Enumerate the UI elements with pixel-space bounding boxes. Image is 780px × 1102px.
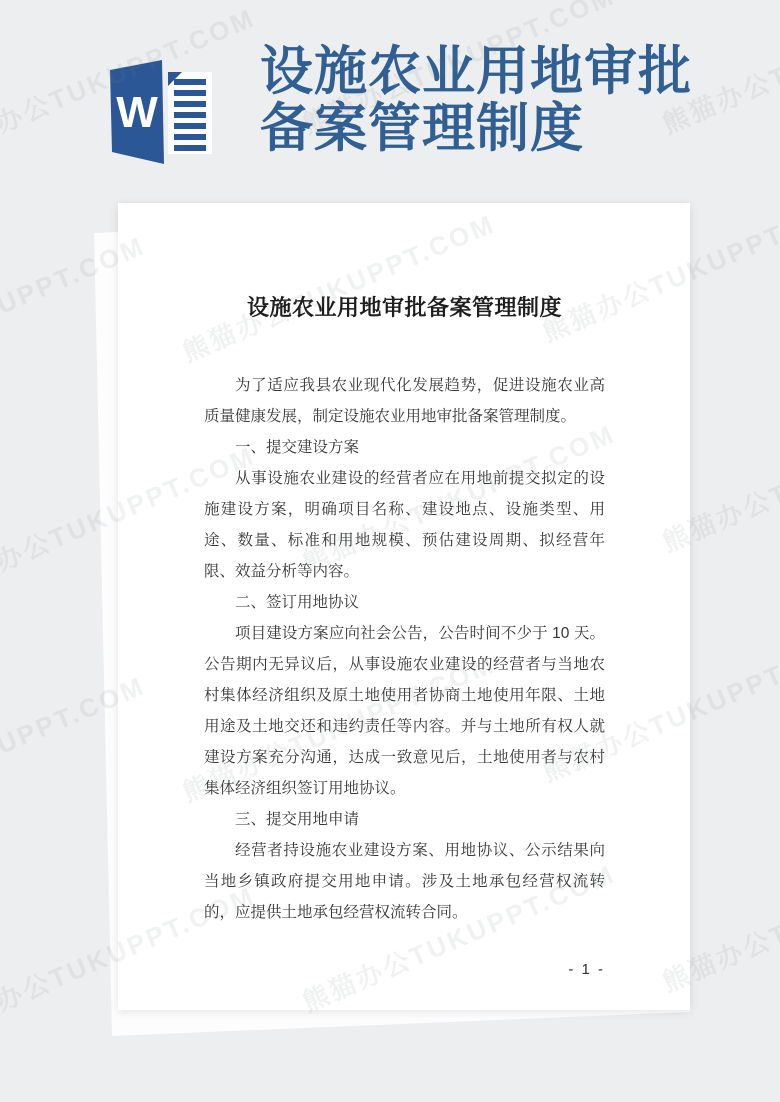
doc-body: 为了适应我县农业现代化发展趋势，促进设施农业高质量健康发展，制定设施农业用地审批… [204, 370, 605, 928]
banner-title-line1: 设施农业用地审批 [260, 44, 740, 101]
section-heading: 一、提交建设方案 [204, 432, 605, 463]
section-heading: 二、签订用地协议 [204, 587, 605, 618]
doc-paragraph: 经营者持设施农业建设方案、用地协议、公示结果向当地乡镇政府提交用地申请。涉及土地… [204, 835, 605, 928]
word-icon-letter: W [116, 88, 158, 137]
banner-title-line2: 备案管理制度 [260, 101, 740, 158]
doc-paragraph: 从事设施农业建设的经营者应在用地前提交拟定的设施建设方案，明确项目名称、建设地点… [204, 463, 605, 587]
doc-page: 设施农业用地审批备案管理制度 为了适应我县农业现代化发展趋势，促进设施农业高质量… [118, 203, 690, 1010]
banner-title: 设施农业用地审批 备案管理制度 [260, 44, 740, 158]
doc-paragraph: 为了适应我县农业现代化发展趋势，促进设施农业高质量健康发展，制定设施农业用地审批… [204, 370, 605, 432]
doc-paragraph: 项目建设方案应向社会公告，公告时间不少于 10 天。公告期内无异议后，从事设施农… [204, 618, 605, 804]
doc-title: 设施农业用地审批备案管理制度 [204, 293, 605, 323]
preview-background: W 设施农业用地审批 备案管理制度 设施农业用地审批备案管理制度 为了适应我县农… [0, 0, 780, 1102]
page-number: - 1 - [568, 961, 605, 978]
banner: W 设施农业用地审批 备案管理制度 [0, 0, 780, 200]
word-icon: W [104, 52, 216, 168]
section-heading: 三、提交用地申请 [204, 804, 605, 835]
